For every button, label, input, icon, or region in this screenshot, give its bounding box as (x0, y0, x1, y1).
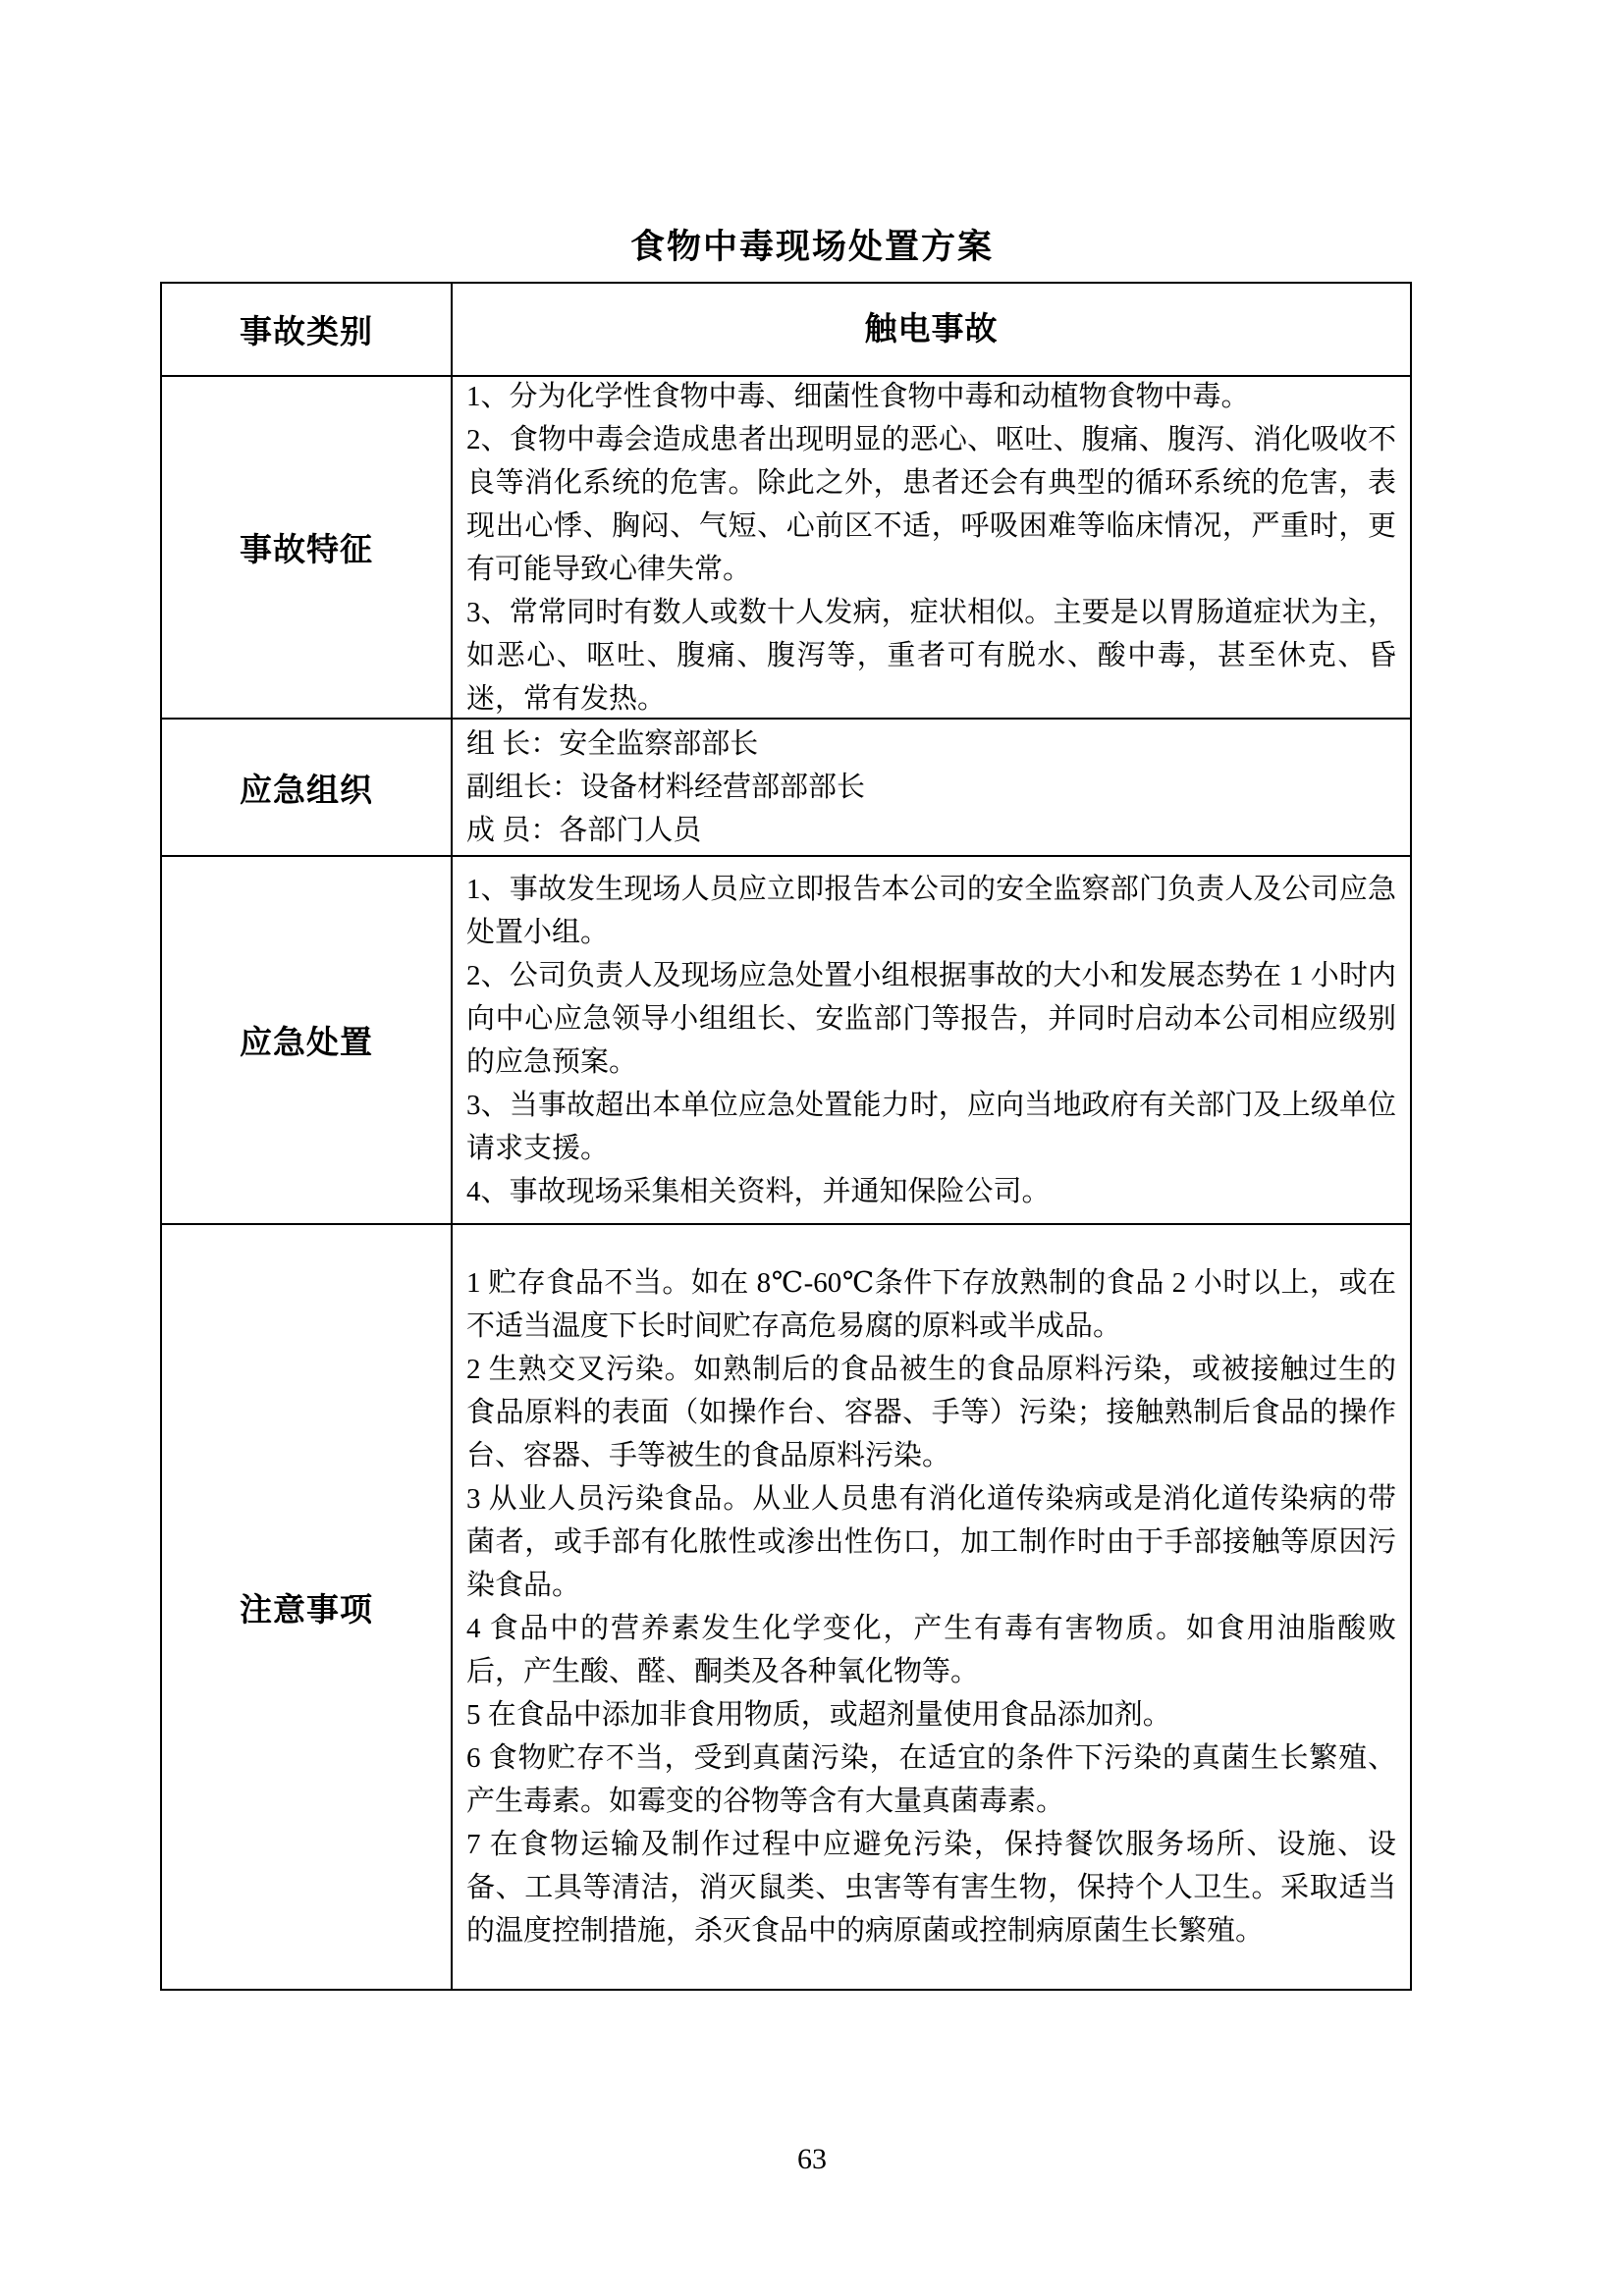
content-paragraph: 3、当事故超出本单位应急处置能力时，应向当地政府有关部门及上级单位请求支援。 (466, 1084, 1396, 1170)
content-paragraph: 1、分为化学性食物中毒、细菌性食物中毒和动植物食物中毒。 (466, 377, 1396, 418)
table-row: 事故特征 1、分为化学性食物中毒、细菌性食物中毒和动植物食物中毒。2、食物中毒会… (162, 375, 1410, 718)
content-paragraph: 5 在食品中添加非食用物质，或超剂量使用食品添加剂。 (466, 1693, 1396, 1736)
row-content: 组 长：安全监察部部长副组长：设备材料经营部部部长成 员：各部门人员 (453, 720, 1410, 855)
content-paragraph: 成 员：各部门人员 (466, 809, 1396, 852)
table-header-row: 事故类别 触电事故 (162, 284, 1410, 375)
row-content: 1、分为化学性食物中毒、细菌性食物中毒和动植物食物中毒。2、食物中毒会造成患者出… (453, 377, 1410, 718)
table-row: 注意事项 1 贮存食品不当。如在 8℃-60℃条件下存放熟制的食品 2 小时以上… (162, 1223, 1410, 1989)
page-number: 63 (0, 2143, 1624, 2176)
content-paragraph: 2、公司负责人及现场应急处置小组根据事故的大小和发展态势在 1 小时内向中心应急… (466, 954, 1396, 1084)
content-paragraph: 组 长：安全监察部部长 (466, 722, 1396, 766)
row-label: 事故特征 (162, 377, 453, 718)
row-label: 注意事项 (162, 1225, 453, 1989)
content-paragraph: 1、事故发生现场人员应立即报告本公司的安全监察部门负责人及公司应急处置小组。 (466, 868, 1396, 954)
content-paragraph: 2 生熟交叉污染。如熟制后的食品被生的食品原料污染，或被接触过生的食品原料的表面… (466, 1348, 1396, 1477)
table-row: 应急组织 组 长：安全监察部部长副组长：设备材料经营部部部长成 员：各部门人员 (162, 718, 1410, 855)
table-row: 应急处置 1、事故发生现场人员应立即报告本公司的安全监察部门负责人及公司应急处置… (162, 855, 1410, 1223)
header-category-label: 事故类别 (162, 284, 453, 375)
content-paragraph: 4、事故现场采集相关资料，并通知保险公司。 (466, 1170, 1396, 1213)
row-label: 应急组织 (162, 720, 453, 855)
content-paragraph: 副组长：设备材料经营部部部长 (466, 766, 1396, 809)
page-title: 食物中毒现场处置方案 (0, 220, 1624, 269)
row-content: 1、事故发生现场人员应立即报告本公司的安全监察部门负责人及公司应急处置小组。2、… (453, 857, 1410, 1223)
row-content: 1 贮存食品不当。如在 8℃-60℃条件下存放熟制的食品 2 小时以上，或在不适… (453, 1225, 1410, 1989)
content-paragraph: 6 食物贮存不当，受到真菌污染，在适宜的条件下污染的真菌生长繁殖、产生毒素。如霉… (466, 1736, 1396, 1823)
content-paragraph: 2、食物中毒会造成患者出现明显的恶心、呕吐、腹痛、腹泻、消化吸收不良等消化系统的… (466, 418, 1396, 591)
content-paragraph: 7 在食物运输及制作过程中应避免污染，保持餐饮服务场所、设施、设备、工具等清洁，… (466, 1823, 1396, 1952)
document-page: 食物中毒现场处置方案 事故类别 触电事故 事故特征 1、分为化学性食物中毒、细菌… (0, 0, 1624, 2296)
content-paragraph: 4 食品中的营养素发生化学变化，产生有毒有害物质。如食用油脂酸败后，产生酸、醛、… (466, 1607, 1396, 1693)
content-paragraph: 1 贮存食品不当。如在 8℃-60℃条件下存放熟制的食品 2 小时以上，或在不适… (466, 1261, 1396, 1348)
header-accident-type: 触电事故 (453, 284, 1410, 375)
content-paragraph: 3、常常同时有数人或数十人发病，症状相似。主要是以胃肠道症状为主，如恶心、呕吐、… (466, 591, 1396, 719)
content-paragraph: 3 从业人员污染食品。从业人员患有消化道传染病或是消化道传染病的带菌者，或手部有… (466, 1477, 1396, 1607)
row-label: 应急处置 (162, 857, 453, 1223)
response-plan-table: 事故类别 触电事故 事故特征 1、分为化学性食物中毒、细菌性食物中毒和动植物食物… (160, 282, 1412, 1991)
